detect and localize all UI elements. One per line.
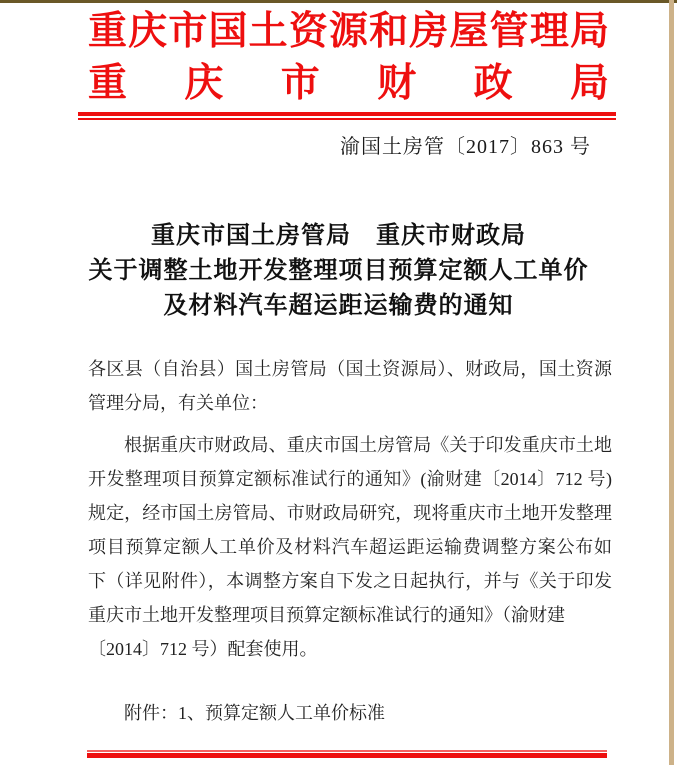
paragraph-line: 根据重庆市财政局、重庆市国土房管局《关于印发重庆市土地 <box>88 428 612 462</box>
letterhead-org-line2: 重庆市财政局 <box>88 58 609 110</box>
paragraph-line: 项目预算定额人工单价及材料汽车超运距运输费调整方案公布如 <box>88 530 612 564</box>
paragraph-line: 重庆市土地开发整理项目预算定额标准试行的通知》（渝财建 <box>88 598 612 632</box>
notice-title-line1: 重庆市国土房管局 重庆市财政局 <box>0 218 677 253</box>
paragraph-line: 〔2014〕712 号）配套使用。 <box>88 632 612 666</box>
paragraph-line: 规定，经市国土房管局、市财政局研究，现将重庆市土地开发整理 <box>88 496 612 530</box>
footer-rule <box>87 750 607 758</box>
letterhead-rule <box>78 112 616 120</box>
notice-body: 各区县（自治县）国土房管局（国土资源局）、财政局，国土资源 管理分局，有关单位：… <box>88 352 612 730</box>
main-paragraph: 根据重庆市财政局、重庆市国土房管局《关于印发重庆市土地 开发整理项目预算定额标准… <box>88 428 612 666</box>
attachment-line: 附件：1、预算定额人工单价标准 <box>88 696 612 730</box>
salutation-line: 管理分局，有关单位： <box>88 386 612 420</box>
letterhead: 重庆市国土资源和房屋管理局 重庆市财政局 <box>88 6 609 110</box>
letterhead-rule-thin <box>78 118 616 120</box>
footer-rule-thick <box>87 753 607 758</box>
paragraph-line: 开发整理项目预算定额标准试行的通知》(渝财建〔2014〕712 号) <box>88 462 612 496</box>
notice-title-line3: 及材料汽车超运距运输费的通知 <box>0 288 677 323</box>
scan-top-border <box>0 0 677 3</box>
notice-title-line2: 关于调整土地开发整理项目预算定额人工单价 <box>0 253 677 288</box>
doc-number: 渝国土房管〔2017〕863 号 <box>0 130 677 159</box>
document-page: 重庆市国土资源和房屋管理局 重庆市财政局 渝国土房管〔2017〕863 号 重庆… <box>0 0 677 765</box>
letterhead-org-line1: 重庆市国土资源和房屋管理局 <box>88 6 609 58</box>
notice-title: 重庆市国土房管局 重庆市财政局 关于调整土地开发整理项目预算定额人工单价 及材料… <box>0 218 677 323</box>
scan-right-border <box>669 0 674 765</box>
paragraph-line: 下（详见附件），本调整方案自下发之日起执行，并与《关于印发 <box>88 564 612 598</box>
salutation-line: 各区县（自治县）国土房管局（国土资源局）、财政局，国土资源 <box>88 352 612 386</box>
